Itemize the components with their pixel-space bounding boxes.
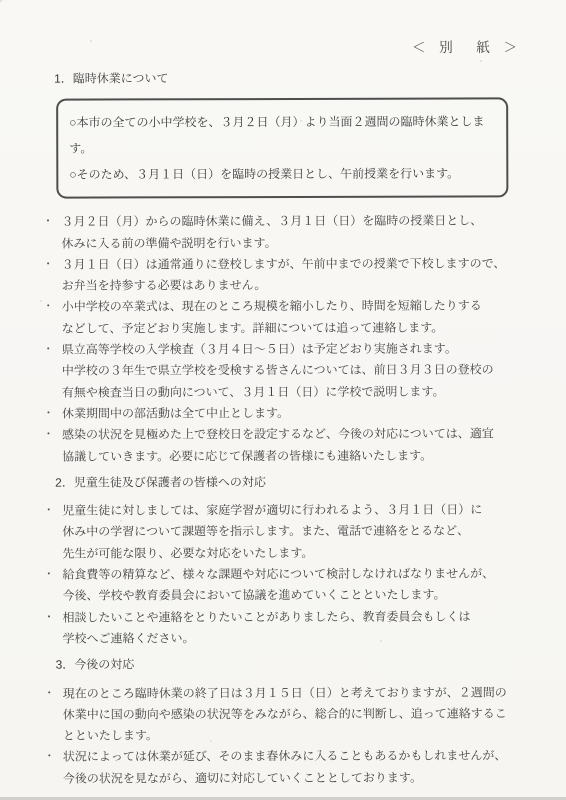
section: 3．今後の対応・現在のところ臨時休業の終了日は３月１５日（日）と考えておりますが…: [41, 654, 527, 790]
text-line: 給食費等の精算など、様々な課題や対応について検討しなければなりませんが、: [62, 563, 526, 586]
text-line: 休み中の学習について課題等を指示します。また、電話で連絡をとるなど、: [62, 521, 526, 544]
text-line: などして、予定どおり実施します。詳細については追って連絡します。: [62, 317, 526, 340]
list-item-text: 児童生徒に対しましては、家庭学習が適切に行われるよう、３月１日（日）に休み中の学…: [62, 500, 526, 565]
bullet-icon: ・: [40, 297, 62, 318]
text-line: 学校へご連絡ください。: [63, 627, 527, 650]
list-item: ・感染の状況を見極めた上で登校日を設定するなど、今後の対応については、適宜協議し…: [40, 424, 526, 468]
list-item: ・相談したいことや連絡をとりたいことがありましたら、教育委員会もしくは学校へご連…: [40, 606, 526, 650]
text-line: 今後の状況を見ながら、適切に対応していくこととしております。: [63, 767, 527, 790]
text-line: 休業期間中の部活動は全て中止とします。: [62, 402, 526, 425]
section: 2．児童生徒及び保護者の皆様への対応・児童生徒に対しましては、家庭学習が適切に行…: [40, 471, 526, 650]
text-line: 児童生徒に対しましては、家庭学習が適切に行われるよう、３月１日（日）に: [62, 500, 526, 523]
list-item: ・休業期間中の部活動は全て中止とします。: [40, 402, 526, 425]
list-item: ・小中学校の卒業式は、現在のところ規模を縮小したり、時間を短縮したりするなどして…: [40, 296, 526, 340]
text-line: ３月１日（日）は通常通りに登校しますが、午前中までの授業で下校しますので、: [62, 253, 526, 276]
list-item: ・児童生徒に対しましては、家庭学習が適切に行われるよう、３月１日（日）に休み中の…: [40, 500, 526, 565]
text-line: お弁当を持参する必要はありません。: [62, 275, 526, 298]
list-item: ・現在のところ臨時休業の終了日は３月１５日（日）と考えておりますが、２週間の休業…: [41, 682, 527, 747]
text-line: 相談したいことや連絡をとりたいことがありましたら、教育委員会もしくは: [62, 606, 526, 629]
section-heading: 1．臨時休業について: [39, 67, 525, 90]
text-line: 先生が可能な限り、必要な対応をいたします。: [62, 542, 526, 565]
scan-speck: [0, 0, 2, 2]
list-item-text: 県立高等学校の入学検査（３月４日～５日）は予定どおり実施されます。中学校の３年生…: [62, 338, 526, 403]
bullet-icon: ・: [41, 683, 63, 704]
list-item: ・状況によっては休業が延び、そのまま春休みに入ることもあるかもしれませんが、今後…: [41, 746, 527, 790]
list-item-text: ３月１日（日）は通常通りに登校しますが、午前中までの授業で下校しますので、お弁当…: [62, 253, 526, 297]
text-line: 状況によっては休業が延び、そのまま春休みに入ることもあるかもしれませんが、: [63, 746, 527, 769]
notice-line: ○本市の全ての小中学校を、３月２日（月）より当面２週間の臨時休業とします。: [69, 109, 495, 162]
list-item-text: 給食費等の精算など、様々な課題や対応について検討しなければなりませんが、今後、学…: [62, 563, 526, 607]
list-item: ・県立高等学校の入学検査（３月４日～５日）は予定どおり実施されます。中学校の３年…: [40, 338, 526, 403]
bullet-icon: ・: [40, 607, 62, 628]
list-item-text: 休業期間中の部活動は全て中止とします。: [62, 402, 526, 425]
list-item-text: 現在のところ臨時休業の終了日は３月１５日（日）と考えておりますが、２週間の休業中…: [63, 682, 527, 747]
bullet-icon: ・: [40, 501, 62, 522]
list-item-text: 状況によっては休業が延び、そのまま春休みに入ることもあるかもしれませんが、今後の…: [63, 746, 527, 790]
notice-box: ○本市の全ての小中学校を、３月２日（月）より当面２週間の臨時休業とします。○その…: [56, 98, 508, 199]
scanned-page: ＜ 別 紙 ＞ 1．臨時休業について○本市の全ての小中学校を、３月２日（月）より…: [0, 0, 566, 800]
list-item-text: ３月２日（月）からの臨時休業に備え、３月１日（日）を臨時の授業日とし、休みに入る…: [61, 211, 525, 255]
bullet-icon: ・: [40, 254, 62, 275]
text-line: 協議していきます。必要に応じて保護者の皆様にも連絡いたします。: [62, 445, 526, 468]
list-item: ・３月１日（日）は通常通りに登校しますが、午前中までの授業で下校しますので、お弁…: [40, 253, 526, 297]
text-line: 中学校の３年生で県立学校を受検する皆さんについては、前日３月３日の登校の: [62, 360, 526, 383]
text-line: 小中学校の卒業式は、現在のところ規模を縮小したり、時間を短縮したりする: [62, 296, 526, 319]
list-item-text: 小中学校の卒業式は、現在のところ規模を縮小したり、時間を短縮したりするなどして、…: [62, 296, 526, 340]
section-heading: 3．今後の対応: [41, 654, 527, 677]
list-item-text: 相談したいことや連絡をとりたいことがありましたら、教育委員会もしくは学校へご連絡…: [62, 606, 526, 650]
bullet-icon: ・: [40, 565, 62, 586]
list-item: ・給食費等の精算など、様々な課題や対応について検討しなければなりませんが、今後、…: [40, 563, 526, 607]
bullet-icon: ・: [40, 340, 62, 361]
list-item: ・３月２日（月）からの臨時休業に備え、３月１日（日）を臨時の授業日とし、休みに入…: [39, 211, 525, 255]
text-line: ３月２日（月）からの臨時休業に備え、３月１日（日）を臨時の授業日とし、: [61, 211, 525, 234]
section: 1．臨時休業について○本市の全ての小中学校を、３月２日（月）より当面２週間の臨時…: [39, 67, 526, 467]
list-item-text: 感染の状況を見極めた上で登校日を設定するなど、今後の対応については、適宜協議して…: [62, 424, 526, 468]
text-line: とといたします。: [63, 724, 527, 747]
bullet-icon: ・: [40, 404, 62, 425]
bullet-icon: ・: [41, 747, 63, 768]
page-tag: ＜ 別 紙 ＞: [412, 36, 522, 56]
text-line: 休業中に国の動向や感染の状況等をみながら、総合的に判断し、追って連絡するこ: [63, 703, 527, 726]
text-line: 休みに入る前の準備や説明を行います。: [61, 232, 525, 255]
notice-line: ○そのため、３月１日（日）を臨時の授業日とし、午前授業を行います。: [69, 161, 495, 188]
section-heading: 2．児童生徒及び保護者の皆様への対応: [40, 471, 526, 494]
text-line: 県立高等学校の入学検査（３月４日～５日）は予定どおり実施されます。: [62, 338, 526, 361]
text-line: 有無や検査当日の動向について、３月１日（日）に学校で説明します。: [62, 381, 526, 404]
bullet-icon: ・: [40, 425, 62, 446]
bullet-icon: ・: [39, 212, 61, 233]
text-line: 現在のところ臨時休業の終了日は３月１５日（日）と考えておりますが、２週間の: [63, 682, 527, 705]
document-content: 1．臨時休業について○本市の全ての小中学校を、３月２日（月）より当面２週間の臨時…: [39, 67, 527, 789]
text-line: 今後、学校や教育委員会において協議を進めていくことといたします。: [62, 585, 526, 608]
text-line: 感染の状況を見極めた上で登校日を設定するなど、今後の対応については、適宜: [62, 424, 526, 447]
